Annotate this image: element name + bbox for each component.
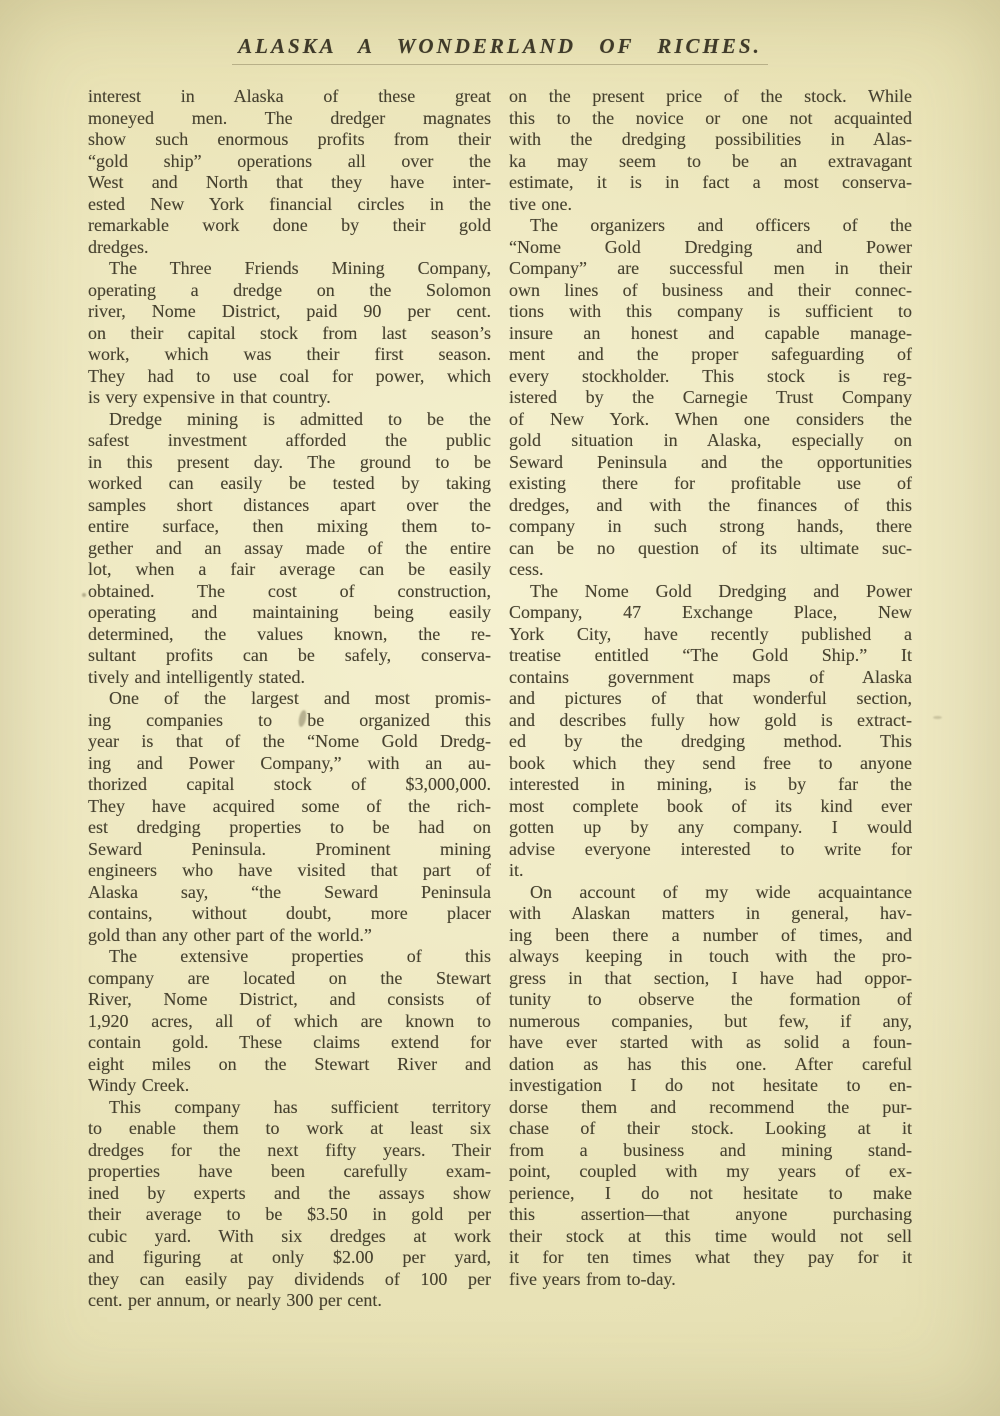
text-line: ined by experts and the assays show (88, 1183, 491, 1205)
text-line: moneyed men. The dredger magnates (88, 108, 491, 130)
page-title: ALASKA A WONDERLAND OF RICHES. (0, 33, 1000, 59)
text-line: They had to use coal for power, which (88, 366, 491, 388)
text-line: worked can easily be tested by taking (88, 473, 491, 495)
text-line: have ever started with as solid a foun- (509, 1032, 912, 1054)
text-line: own lines of business and their connec- (509, 280, 912, 302)
paragraph: On account of my wide acquaintancewith A… (509, 882, 912, 1291)
text-line: ing companies to be organized this (88, 710, 491, 732)
text-line: tively and intelligently stated. (88, 667, 491, 689)
text-line: River, Nome District, and consists of (88, 989, 491, 1011)
text-line: of New York. When one considers the (509, 409, 912, 431)
text-line: properties have been carefully exam- (88, 1161, 491, 1183)
scanned-page: ALASKA A WONDERLAND OF RICHES. interest … (0, 0, 1000, 1416)
text-line: numerous companies, but few, if any, (509, 1011, 912, 1033)
text-line: tunity to observe the formation of (509, 989, 912, 1011)
text-line: perience, I do not hesitate to make (509, 1183, 912, 1205)
text-line: dredges for the next fifty years. Their (88, 1140, 491, 1162)
text-line: it for ten times what they pay for it (509, 1247, 912, 1269)
text-line: gress in that section, I have had oppor- (509, 968, 912, 990)
text-line: and pictures of that wonderful section, (509, 688, 912, 710)
text-line: from a business and mining stand- (509, 1140, 912, 1162)
paragraph: Dredge mining is admitted to be thesafes… (88, 409, 491, 689)
ink-speck (82, 593, 86, 597)
text-line: is very expensive in that country. (88, 387, 491, 409)
text-line: cent. per annum, or nearly 300 per cent. (88, 1290, 491, 1312)
column-left: interest in Alaska of these greatmoneyed… (88, 86, 491, 1312)
text-line: gold situation in Alaska, especially on (509, 430, 912, 452)
text-line: river, Nome District, paid 90 per cent. (88, 301, 491, 323)
text-line: and describes fully how gold is extract- (509, 710, 912, 732)
text-line: existing there for profitable use of (509, 473, 912, 495)
text-line: Seward Peninsula and the opportunities (509, 452, 912, 474)
text-line: One of the largest and most promis- (88, 688, 491, 710)
text-line: The Nome Gold Dredging and Power (509, 581, 912, 603)
paragraph: One of the largest and most promis-ing c… (88, 688, 491, 946)
text-line: tive one. (509, 194, 912, 216)
text-line: gold than any other part of the world.” (88, 925, 491, 947)
text-line: contains government maps of Alaska (509, 667, 912, 689)
text-line: samples short distances apart over the (88, 495, 491, 517)
paragraph: The Nome Gold Dredging and PowerCompany,… (509, 581, 912, 882)
text-line: on their capital stock from last season’… (88, 323, 491, 345)
text-line: dredges. (88, 237, 491, 259)
text-line: thorized capital stock of $3,000,000. (88, 774, 491, 796)
text-line: they can easily pay dividends of 100 per (88, 1269, 491, 1291)
text-line: gether and an assay made of the entire (88, 538, 491, 560)
text-line: investigation I do not hesitate to en- (509, 1075, 912, 1097)
text-line: sultant profits can be safely, conserva- (88, 645, 491, 667)
text-line: it. (509, 860, 912, 882)
text-line: determined, the values known, the re- (88, 624, 491, 646)
text-line: safest investment afforded the public (88, 430, 491, 452)
text-line: estimate, it is in fact a most conserva- (509, 172, 912, 194)
text-line: They have acquired some of the rich- (88, 796, 491, 818)
text-line: can be no question of its ultimate suc- (509, 538, 912, 560)
text-line: gotten up by any company. I would (509, 817, 912, 839)
text-line: ka may seem to be an extravagant (509, 151, 912, 173)
text-line: ed by the dredging method. This (509, 731, 912, 753)
text-line: Dredge mining is admitted to be the (88, 409, 491, 431)
text-line: obtained. The cost of construction, (88, 581, 491, 603)
text-line: est dredging properties to be had on (88, 817, 491, 839)
text-line: insure an honest and capable manage- (509, 323, 912, 345)
text-line: always keeping in touch with the pro- (509, 946, 912, 968)
text-line: tions with this company is sufficient to (509, 301, 912, 323)
text-line: work, which was their first season. (88, 344, 491, 366)
text-line: operating and maintaining being easily (88, 602, 491, 624)
paragraph: The Three Friends Mining Company,operati… (88, 258, 491, 409)
paragraph: The organizers and officers of the“Nome … (509, 215, 912, 581)
text-line: their stock at this time would not sell (509, 1226, 912, 1248)
paragraph: interest in Alaska of these greatmoneyed… (88, 86, 491, 258)
text-line: ing been there a number of times, and (509, 925, 912, 947)
text-line: Company, 47 Exchange Place, New (509, 602, 912, 624)
text-line: istered by the Carnegie Trust Company (509, 387, 912, 409)
text-line: West and North that they have inter- (88, 172, 491, 194)
text-line: On account of my wide acquaintance (509, 882, 912, 904)
text-line: and figuring at only $2.00 per yard, (88, 1247, 491, 1269)
text-line: to enable them to work at least six (88, 1118, 491, 1140)
text-line: interested in mining, is by far the (509, 774, 912, 796)
text-line: Windy Creek. (88, 1075, 491, 1097)
text-line: Alaska say, “the Seward Peninsula (88, 882, 491, 904)
text-line: five years from to-day. (509, 1269, 912, 1291)
text-line: The Three Friends Mining Company, (88, 258, 491, 280)
text-line: with the dredging possibilities in Alas- (509, 129, 912, 151)
text-line: ing and Power Company,” with an au- (88, 753, 491, 775)
text-line: ment and the proper safeguarding of (509, 344, 912, 366)
text-line: eight miles on the Stewart River and (88, 1054, 491, 1076)
text-line: year is that of the “Nome Gold Dredg- (88, 731, 491, 753)
text-line: with Alaskan matters in general, hav- (509, 903, 912, 925)
text-line: operating a dredge on the Solomon (88, 280, 491, 302)
text-line: company in such strong hands, there (509, 516, 912, 538)
text-line: engineers who have visited that part of (88, 860, 491, 882)
text-line: this to the novice or one not acquainted (509, 108, 912, 130)
text-line: treatise entitled “The Gold Ship.” It (509, 645, 912, 667)
text-line: book which they send free to anyone (509, 753, 912, 775)
text-line: York City, have recently published a (509, 624, 912, 646)
text-line: “Nome Gold Dredging and Power (509, 237, 912, 259)
text-line: interest in Alaska of these great (88, 86, 491, 108)
text-line: advise everyone interested to write for (509, 839, 912, 861)
ink-speck (933, 716, 942, 719)
article-body: interest in Alaska of these greatmoneyed… (0, 65, 1000, 1312)
text-line: cubic yard. With six dredges at work (88, 1226, 491, 1248)
text-line: company are located on the Stewart (88, 968, 491, 990)
text-line: contains, without doubt, more placer (88, 903, 491, 925)
paragraph: This company has sufficient territoryto … (88, 1097, 491, 1312)
text-line: dredges, and with the finances of this (509, 495, 912, 517)
text-line: “gold ship” operations all over the (88, 151, 491, 173)
paragraph: The extensive properties of thiscompany … (88, 946, 491, 1097)
text-line: Company” are successful men in their (509, 258, 912, 280)
text-line: in this present day. The ground to be (88, 452, 491, 474)
text-line: This company has sufficient territory (88, 1097, 491, 1119)
paragraph: on the present price of the stock. While… (509, 86, 912, 215)
text-line: most complete book of its kind ever (509, 796, 912, 818)
text-line: contain gold. These claims extend for (88, 1032, 491, 1054)
text-line: dorse them and recommend the pur- (509, 1097, 912, 1119)
text-line: Seward Peninsula. Prominent mining (88, 839, 491, 861)
column-right: on the present price of the stock. While… (509, 86, 912, 1312)
text-line: dation as has this one. After careful (509, 1054, 912, 1076)
text-line: lot, when a fair average can be easily (88, 559, 491, 581)
text-line: remarkable work done by their gold (88, 215, 491, 237)
text-line: The extensive properties of this (88, 946, 491, 968)
text-line: 1,920 acres, all of which are known to (88, 1011, 491, 1033)
text-line: show such enormous profits from their (88, 129, 491, 151)
page-header: ALASKA A WONDERLAND OF RICHES. (0, 0, 1000, 65)
text-line: The organizers and officers of the (509, 215, 912, 237)
text-line: on the present price of the stock. While (509, 86, 912, 108)
text-line: this assertion—that anyone purchasing (509, 1204, 912, 1226)
text-line: every stockholder. This stock is reg- (509, 366, 912, 388)
text-line: ested New York financial circles in the (88, 194, 491, 216)
text-line: chase of their stock. Looking at it (509, 1118, 912, 1140)
text-line: entire surface, then mixing them to- (88, 516, 491, 538)
text-line: cess. (509, 559, 912, 581)
text-line: their average to be $3.50 in gold per (88, 1204, 491, 1226)
text-line: point, coupled with my years of ex- (509, 1161, 912, 1183)
